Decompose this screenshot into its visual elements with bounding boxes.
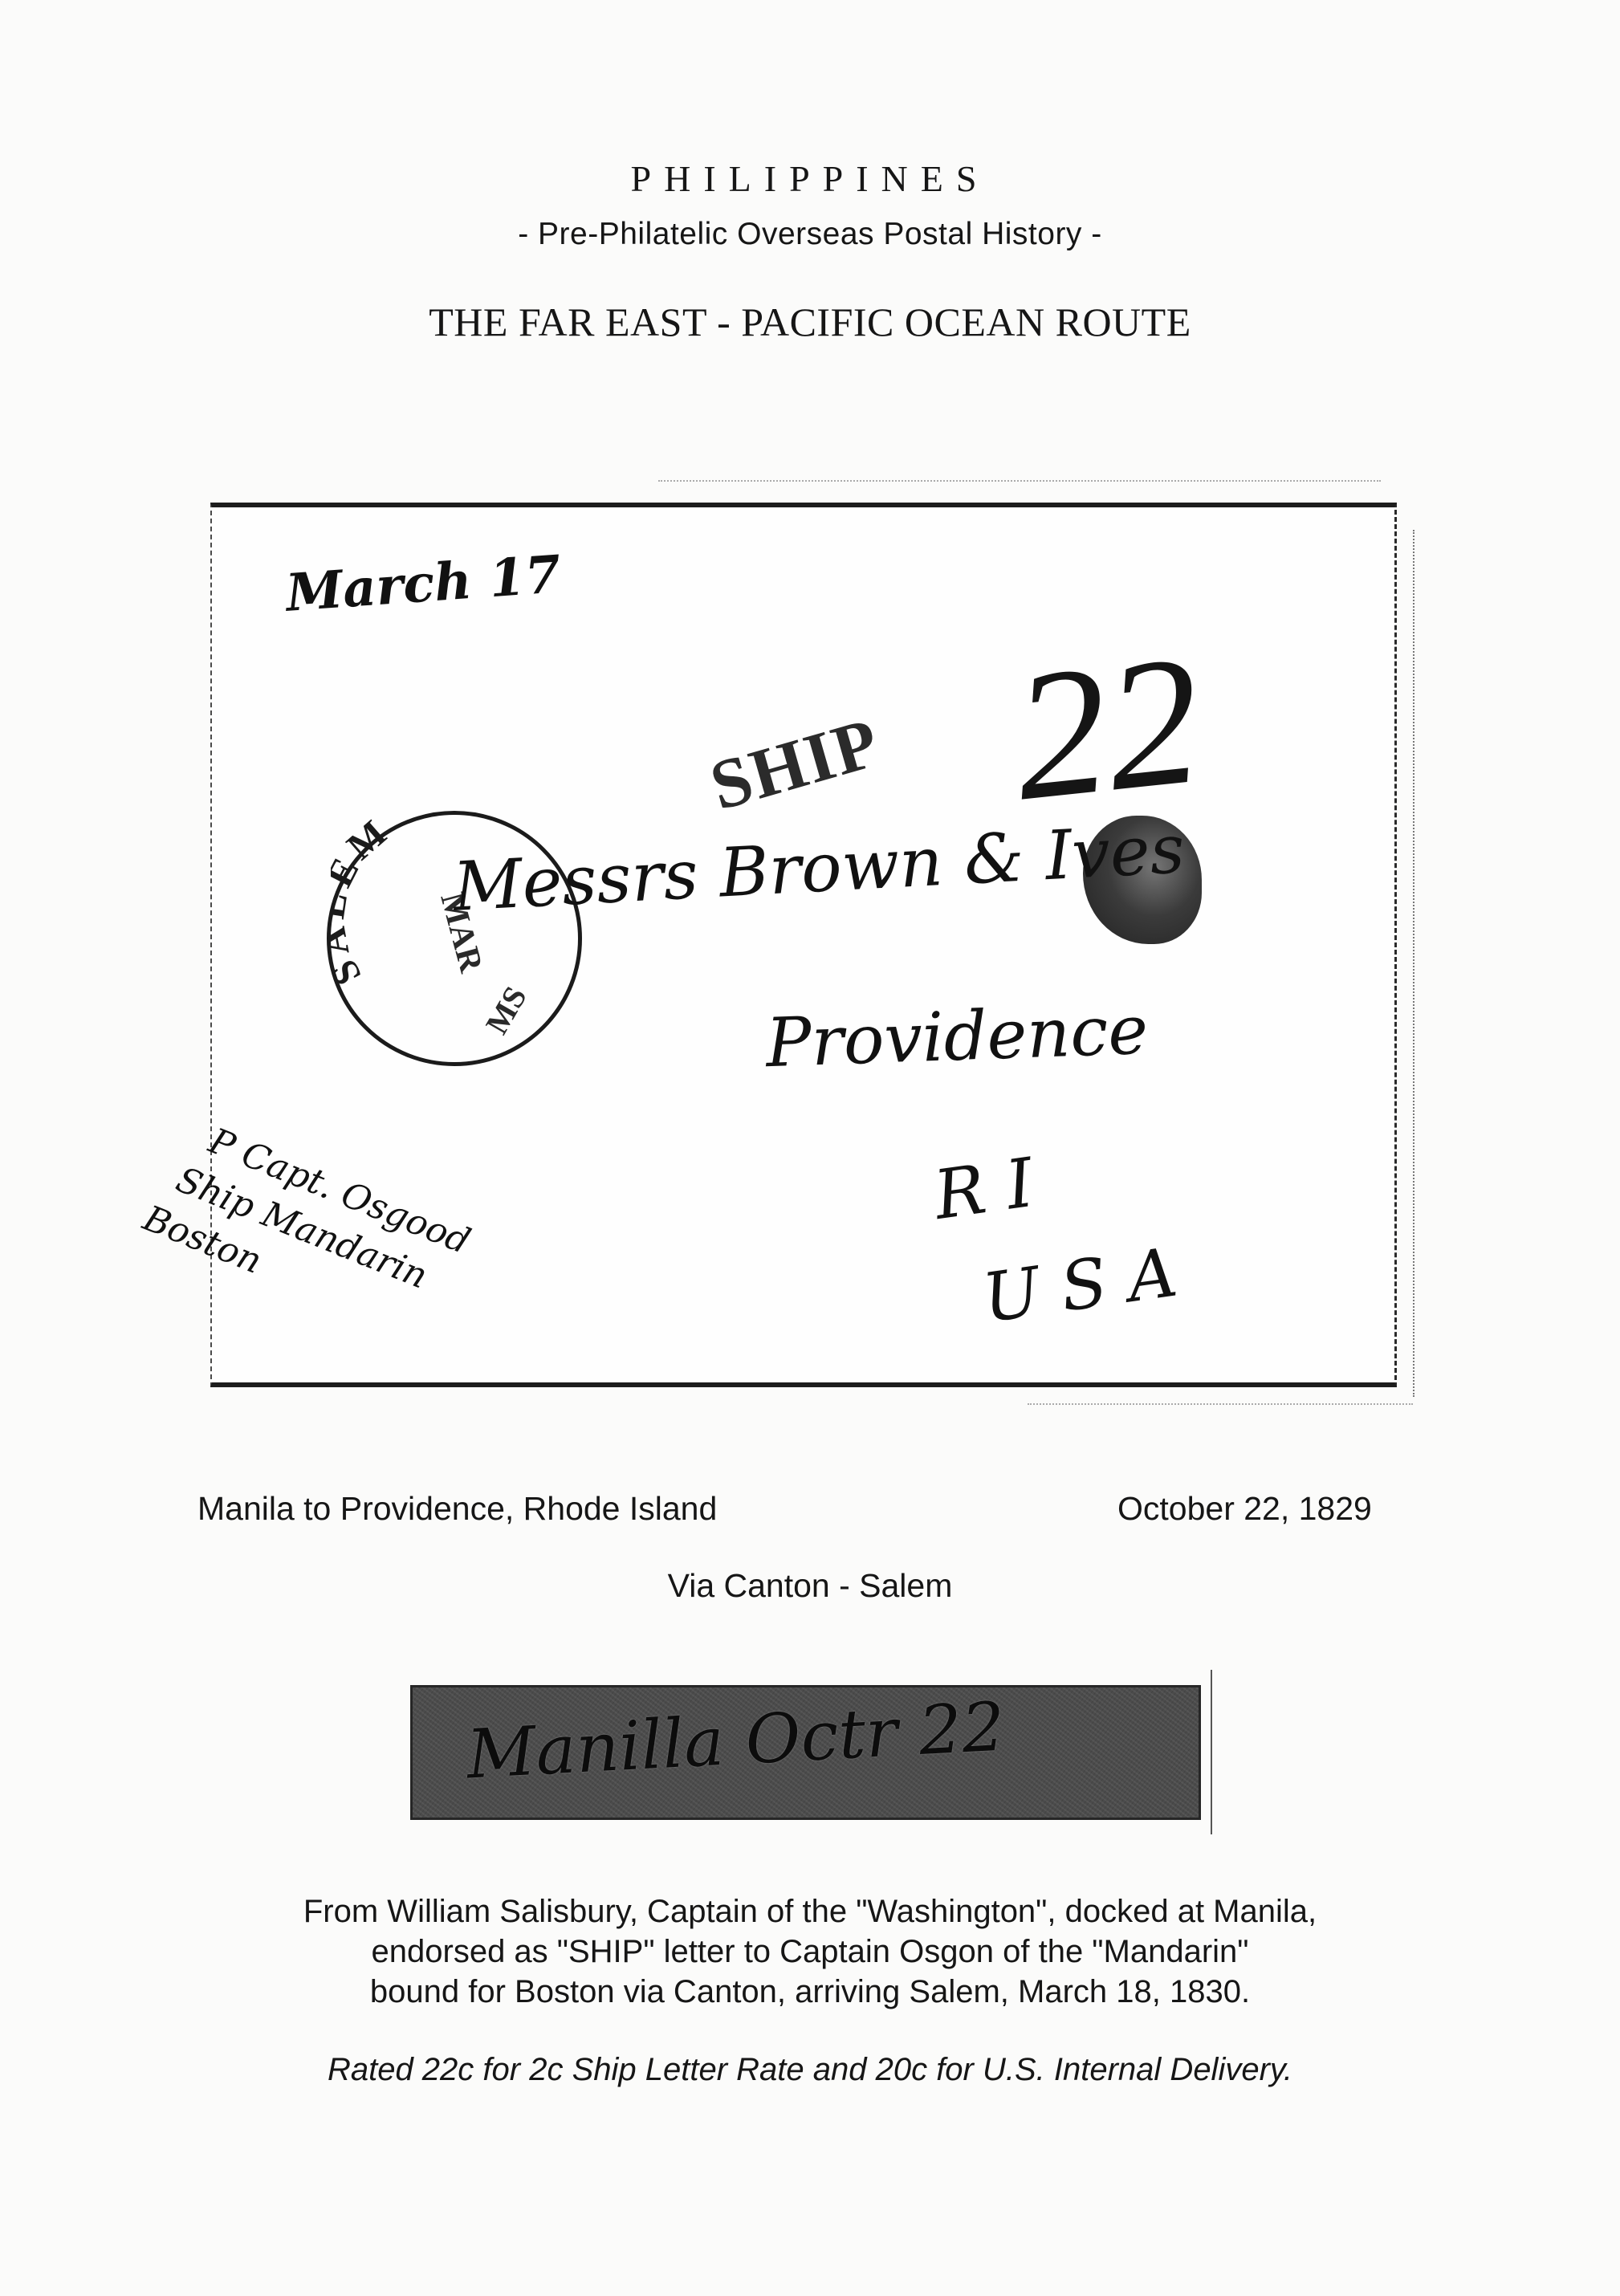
docket-date-manuscript: March 17 xyxy=(284,544,563,624)
rate-note: Rated 22c for 2c Ship Letter Rate and 20… xyxy=(0,2052,1620,2088)
route-caption: Manila to Providence, Rhode Island xyxy=(197,1490,717,1528)
cover-scan-shadow-right xyxy=(1413,530,1414,1397)
ship-handstamp: SHIP xyxy=(702,702,889,828)
address-state-manuscript: R I xyxy=(930,1143,1039,1235)
docket-strip-scan-edge xyxy=(1211,1670,1212,1834)
svg-text:SALEM: SALEM xyxy=(331,815,398,992)
docket-strip-image: Manilla Octr 22 xyxy=(410,1685,1201,1820)
description-line: bound for Boston via Canton, arriving Sa… xyxy=(0,1972,1620,2012)
page-country-heading: PHILIPPINES xyxy=(0,157,1620,200)
description-paragraph: From William Salisbury, Captain of the "… xyxy=(0,1891,1620,2012)
page-subtitle: - Pre-Philatelic Overseas Postal History… xyxy=(0,217,1620,252)
via-caption: Via Canton - Salem xyxy=(0,1567,1620,1605)
address-country-manuscript: U S A xyxy=(978,1233,1182,1338)
postmark-state: MS xyxy=(478,980,534,1040)
description-line: endorsed as "SHIP" letter to Captain Osg… xyxy=(0,1932,1620,1972)
docket-strip-manuscript: Manilla Octr 22 xyxy=(465,1687,1007,1794)
page-title: THE FAR EAST - PACIFIC OCEAN ROUTE xyxy=(0,299,1620,345)
address-city-manuscript: Providence xyxy=(764,991,1149,1083)
rate-marking-manuscript: 22 xyxy=(1006,627,1209,830)
cover-scan-shadow-bottom xyxy=(1028,1403,1413,1405)
postmark-town: SALEM xyxy=(331,815,398,992)
cover-scan-shadow-top xyxy=(658,480,1381,482)
description-line: From William Salisbury, Captain of the "… xyxy=(0,1891,1620,1932)
ship-endorsement-manuscript: P Capt. Osgood Ship Mandarin Boston xyxy=(166,1117,478,1355)
cover-image: March 17 22 SHIP SALEM MAR MS Messrs Bro… xyxy=(210,503,1397,1387)
date-caption: October 22, 1829 xyxy=(1117,1490,1372,1528)
